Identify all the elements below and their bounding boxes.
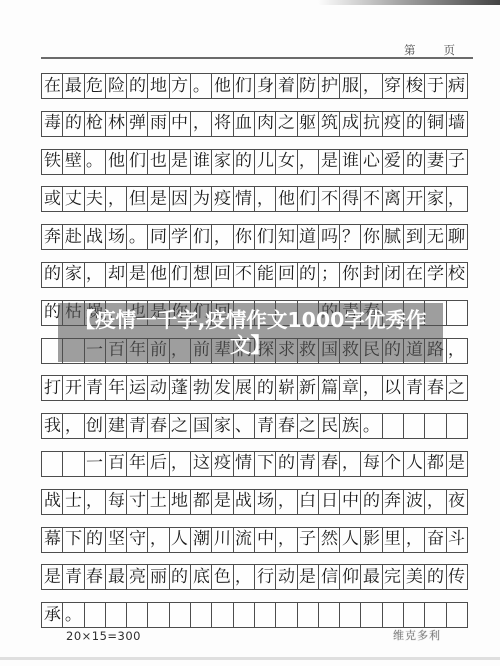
char-cell: 筑 [318, 111, 340, 137]
char-cell: 但 [126, 186, 148, 212]
char-cell: 护 [318, 73, 340, 99]
char-cell: 或 [41, 186, 63, 212]
char-cell: ， [105, 186, 127, 212]
char-cell: 传 [446, 564, 468, 590]
char-cell: 为 [190, 186, 212, 212]
char-cell: ， [254, 186, 276, 212]
char-cell: 铁 [41, 149, 63, 175]
char-cell: 奔 [41, 224, 63, 250]
char-cell: 着 [275, 73, 297, 99]
char-cell: 他 [275, 186, 297, 212]
grid-row: 幕下的坚守，人潮川流中，子然人影里，奋斗 [41, 527, 468, 553]
char-cell: 却 [105, 262, 127, 288]
char-cell: 士 [62, 489, 84, 515]
char-cell: 建 [105, 413, 127, 439]
char-cell: ， [446, 338, 468, 364]
char-cell: 场 [254, 489, 276, 515]
char-cell: 民 [318, 413, 340, 439]
grid-row: 是青春最亮丽的底色，行动是信仰最完美的传 [41, 564, 468, 590]
char-cell: 。 [84, 149, 106, 175]
char-cell: ， [169, 451, 191, 477]
char-cell: 妻 [424, 149, 446, 175]
char-cell: 。 [62, 602, 84, 628]
char-cell: 女 [275, 149, 297, 175]
char-cell: 想 [190, 262, 212, 288]
char-cell: 成 [339, 111, 361, 137]
char-cell: 谁 [190, 149, 212, 175]
char-cell [211, 602, 233, 628]
char-cell: 战 [41, 489, 63, 515]
char-cell: ， [211, 224, 233, 250]
char-cell: 打 [41, 375, 63, 401]
char-cell: 的 [84, 527, 106, 553]
char-cell: 每 [105, 489, 127, 515]
char-cell: 下 [62, 527, 84, 553]
char-cell [424, 413, 446, 439]
char-cell [169, 602, 191, 628]
char-cell [233, 602, 255, 628]
char-cell: 族 [339, 413, 361, 439]
char-cell: 的 [403, 111, 425, 137]
char-cell: ， [190, 111, 212, 137]
char-cell: 动 [147, 375, 169, 401]
char-cell: 之 [297, 413, 319, 439]
char-cell: 底 [190, 564, 212, 590]
char-cell [446, 413, 468, 439]
char-cell: 儿 [254, 149, 276, 175]
char-cell: 春 [318, 451, 340, 477]
char-cell: 年 [105, 375, 127, 401]
char-cell: 川 [211, 527, 233, 553]
char-cell: 情 [233, 451, 255, 477]
char-cell: 百 [105, 451, 127, 477]
char-cell: 白 [297, 489, 319, 515]
char-cell: 。 [190, 73, 212, 99]
header-rule-line [41, 57, 473, 59]
char-cell: 的 [275, 451, 297, 477]
char-cell: 林 [105, 111, 127, 137]
char-cell: 我 [41, 413, 63, 439]
char-cell [84, 602, 106, 628]
char-cell: 地 [169, 489, 191, 515]
char-cell: 们 [233, 73, 255, 99]
char-cell: 墙 [446, 111, 468, 137]
char-cell: 丈 [62, 186, 84, 212]
char-cell: 服 [339, 73, 361, 99]
char-cell: 的 [254, 375, 276, 401]
char-cell: 战 [84, 224, 106, 250]
char-cell: 险 [105, 73, 127, 99]
char-cell: 铜 [424, 111, 446, 137]
char-cell: 无 [424, 224, 446, 250]
char-cell: 春 [275, 413, 297, 439]
char-cell: ； [318, 262, 340, 288]
char-cell: 蓬 [169, 375, 191, 401]
char-cell: 新 [297, 375, 319, 401]
char-cell: 创 [84, 413, 106, 439]
char-cell: 心 [360, 149, 382, 175]
grid-row: 的家，却是他们想回不能回的；你封闭在学校 [41, 262, 468, 288]
grid-row: 我，创建青春之国家、青春之民族。 [41, 413, 468, 439]
char-cell: 封 [360, 262, 382, 288]
char-cell [382, 602, 404, 628]
char-cell [403, 413, 425, 439]
char-cell: 因 [169, 186, 191, 212]
char-cell: 、 [233, 413, 255, 439]
grid-row: 毒的枪林弹雨中，将血肉之躯筑成抗疫的铜墙 [41, 111, 468, 137]
char-cell: 躯 [297, 111, 319, 137]
char-cell: 能 [254, 262, 276, 288]
char-cell: 们 [169, 262, 191, 288]
char-cell: ， [446, 186, 468, 212]
char-cell: 梭 [403, 73, 425, 99]
char-cell: 血 [233, 111, 255, 137]
char-cell: 危 [84, 73, 106, 99]
char-cell: 抗 [360, 111, 382, 137]
char-cell: 守 [126, 527, 148, 553]
char-cell: ， [424, 489, 446, 515]
char-cell: 枪 [84, 111, 106, 137]
char-cell: 离 [382, 186, 404, 212]
char-cell: 一 [84, 451, 106, 477]
char-cell: 篇 [318, 375, 340, 401]
char-cell: 是 [126, 262, 148, 288]
char-cell: 身 [254, 73, 276, 99]
char-cell: 发 [211, 375, 233, 401]
char-cell: 是 [446, 451, 468, 477]
char-cell: 爱 [382, 149, 404, 175]
scan-artifact-bottom-line [0, 657, 500, 660]
char-cell: 春 [424, 375, 446, 401]
char-cell: 奋 [424, 527, 446, 553]
grid-row: 或丈夫，但是因为疫情，他们不得不离开家， [41, 186, 468, 212]
grid-row: 在最危险的地方。他们身着防护服，穿梭于病 [41, 73, 468, 99]
char-cell [105, 602, 127, 628]
char-cell: 青 [297, 451, 319, 477]
char-cell: 到 [403, 224, 425, 250]
char-cell: 聊 [446, 224, 468, 250]
char-cell: 丽 [147, 564, 169, 590]
char-cell [403, 602, 425, 628]
char-cell: 然 [318, 527, 340, 553]
char-cell: 也 [147, 149, 169, 175]
char-cell: 最 [105, 564, 127, 590]
char-cell: 斗 [446, 527, 468, 553]
char-cell: 雨 [147, 111, 169, 137]
char-cell: 夫 [84, 186, 106, 212]
char-cell: 幕 [41, 527, 63, 553]
char-cell: 承 [41, 602, 63, 628]
char-cell: 疫 [211, 451, 233, 477]
char-cell: 肉 [254, 111, 276, 137]
char-cell: 病 [446, 73, 468, 99]
char-cell [147, 602, 169, 628]
char-cell: 他 [147, 262, 169, 288]
grid-row: 打开青年运动蓬勃发展的崭新篇章，以青春之 [41, 375, 468, 401]
char-cell: ， [339, 451, 361, 477]
char-cell: 学 [424, 262, 446, 288]
char-cell: 美 [403, 564, 425, 590]
char-cell: 青 [84, 375, 106, 401]
char-cell: 在 [41, 73, 63, 99]
char-cell: 这 [190, 451, 212, 477]
char-cell: ， [147, 527, 169, 553]
char-cell: 都 [190, 489, 212, 515]
char-cell: 动 [275, 564, 297, 590]
char-cell: 家 [424, 186, 446, 212]
scanned-essay-page: 第 页 在最危险的地方。他们身着防护服，穿梭于病毒的枪林弹雨中，将血肉之躯筑成抗… [0, 0, 500, 666]
char-cell [41, 451, 63, 477]
char-cell [297, 602, 319, 628]
page-number-label-right: 页 [444, 42, 457, 58]
char-cell: 子 [446, 149, 468, 175]
char-cell: 人 [169, 527, 191, 553]
char-cell [254, 602, 276, 628]
char-cell: 信 [318, 564, 340, 590]
char-cell [424, 602, 446, 628]
char-cell: 年 [126, 451, 148, 477]
char-cell: 子 [297, 527, 319, 553]
char-cell: 是 [318, 149, 340, 175]
char-cell: 战 [233, 489, 255, 515]
char-cell: 波 [403, 489, 425, 515]
char-cell: 情 [233, 186, 255, 212]
char-cell: 的 [403, 149, 425, 175]
char-cell: 之 [275, 111, 297, 137]
char-cell: 赴 [62, 224, 84, 250]
char-cell: 是 [147, 186, 169, 212]
char-cell: 奔 [382, 489, 404, 515]
char-cell: 于 [424, 73, 446, 99]
char-cell: 春 [84, 564, 106, 590]
char-cell: 潮 [190, 527, 212, 553]
char-cell: 。 [126, 224, 148, 250]
char-cell: 防 [297, 73, 319, 99]
char-cell [275, 602, 297, 628]
char-cell: 的 [41, 262, 63, 288]
char-cell: 完 [382, 564, 404, 590]
char-cell: 最 [360, 564, 382, 590]
char-cell: 每 [360, 451, 382, 477]
char-cell: 亮 [126, 564, 148, 590]
char-cell: 你 [233, 224, 255, 250]
char-cell [382, 413, 404, 439]
char-cell [126, 602, 148, 628]
char-cell [446, 300, 468, 326]
char-cell: 崭 [275, 375, 297, 401]
char-cell: ， [297, 149, 319, 175]
char-cell: 他 [211, 73, 233, 99]
char-cell: 家 [211, 149, 233, 175]
char-cell: 人 [339, 527, 361, 553]
char-cell: 闭 [382, 262, 404, 288]
grid-row: 奔赴战场。同学们，你们知道吗？你腻到无聊 [41, 224, 468, 250]
char-cell: 家 [211, 413, 233, 439]
char-cell: 的 [62, 111, 84, 137]
char-cell: 们 [126, 149, 148, 175]
char-cell: 人 [403, 451, 425, 477]
char-cell: 运 [126, 375, 148, 401]
char-cell: ， [360, 375, 382, 401]
grid-row: 承。 [41, 602, 468, 628]
char-cell: 的 [233, 149, 255, 175]
char-cell: 吗 [318, 224, 340, 250]
char-cell [318, 602, 340, 628]
char-cell: 国 [190, 413, 212, 439]
char-cell: 不 [233, 262, 255, 288]
char-cell [62, 451, 84, 477]
char-cell: 流 [233, 527, 255, 553]
char-cell: 色 [211, 564, 233, 590]
char-cell: 春 [147, 413, 169, 439]
char-cell: 知 [275, 224, 297, 250]
char-cell: 开 [62, 375, 84, 401]
char-cell: 仰 [339, 564, 361, 590]
char-cell: 毒 [41, 111, 63, 137]
char-cell: 学 [169, 224, 191, 250]
char-cell: 的 [424, 564, 446, 590]
char-cell: 们 [254, 224, 276, 250]
char-cell: 壁 [62, 149, 84, 175]
caption-line-1: 【疫情一千字,疫情作文1000字优秀作 [75, 308, 427, 333]
char-cell: 里 [382, 527, 404, 553]
char-cell: ， [275, 527, 297, 553]
char-cell: 之 [446, 375, 468, 401]
char-cell: 方 [169, 73, 191, 99]
char-cell: 得 [339, 186, 361, 212]
char-cell: 不 [318, 186, 340, 212]
char-cell: 谁 [339, 149, 361, 175]
char-cell: 穿 [382, 73, 404, 99]
char-cell: 的 [297, 262, 319, 288]
char-cell: 都 [424, 451, 446, 477]
char-cell: ？ [339, 224, 361, 250]
char-cell: 青 [403, 375, 425, 401]
char-cell: 是 [41, 564, 63, 590]
page-header: 第 页 [404, 42, 456, 58]
char-cell: 同 [147, 224, 169, 250]
footer-grid-spec: 20×15=300 [66, 629, 141, 643]
char-cell: 最 [62, 73, 84, 99]
grid-row: 铁壁。他们也是谁家的儿女，是谁心爱的妻子 [41, 149, 468, 175]
char-cell: ， [84, 262, 106, 288]
footer-brand-watermark: 维克多利 [393, 627, 441, 643]
char-cell: 以 [382, 375, 404, 401]
char-cell: 是 [211, 489, 233, 515]
char-cell: 中 [339, 489, 361, 515]
char-cell: 是 [297, 564, 319, 590]
char-cell: 的 [169, 564, 191, 590]
char-cell: 坚 [105, 527, 127, 553]
char-cell: 在 [403, 262, 425, 288]
char-cell: 的 [360, 489, 382, 515]
char-cell: ， [84, 489, 106, 515]
char-cell: 寸 [126, 489, 148, 515]
char-cell: 青 [126, 413, 148, 439]
char-cell: ， [403, 527, 425, 553]
char-cell: 之 [169, 413, 191, 439]
char-cell: 他 [105, 149, 127, 175]
char-cell: 回 [211, 262, 233, 288]
char-cell: 地 [147, 73, 169, 99]
page-number-label-left: 第 [404, 42, 417, 58]
char-cell: 场 [105, 224, 127, 250]
char-cell: 们 [297, 186, 319, 212]
char-cell [339, 602, 361, 628]
char-cell: ， [233, 564, 255, 590]
char-cell: 夜 [446, 489, 468, 515]
char-cell: 下 [254, 451, 276, 477]
char-cell: 展 [233, 375, 255, 401]
char-cell: 校 [446, 262, 468, 288]
char-cell: 开 [403, 186, 425, 212]
char-cell: 青 [254, 413, 276, 439]
char-cell [446, 602, 468, 628]
scan-artifact-top-smudge [318, 0, 500, 5]
grid-row: 一百年后，这疫情下的青春，每个人都是 [41, 451, 468, 477]
char-cell: 的 [126, 73, 148, 99]
char-cell: ， [62, 413, 84, 439]
char-cell: 影 [360, 527, 382, 553]
char-cell: ， [275, 489, 297, 515]
char-cell: 疫 [211, 186, 233, 212]
char-cell: 疫 [382, 111, 404, 137]
char-cell: 青 [62, 564, 84, 590]
char-cell: 弹 [126, 111, 148, 137]
char-cell: 你 [339, 262, 361, 288]
char-cell: 们 [190, 224, 212, 250]
char-cell: 你 [360, 224, 382, 250]
char-cell: 道 [297, 224, 319, 250]
char-cell: 勃 [190, 375, 212, 401]
char-cell: 腻 [382, 224, 404, 250]
char-cell: 个 [382, 451, 404, 477]
char-cell [190, 602, 212, 628]
char-cell: 将 [211, 111, 233, 137]
char-cell: 章 [339, 375, 361, 401]
char-cell: 不 [360, 186, 382, 212]
caption-banner: 【疫情一千字,疫情作文1000字优秀作 文】 [58, 303, 443, 362]
char-cell: 回 [275, 262, 297, 288]
char-cell: 日 [318, 489, 340, 515]
char-cell: 家 [62, 262, 84, 288]
char-cell [360, 602, 382, 628]
char-cell: 土 [147, 489, 169, 515]
char-cell: 行 [254, 564, 276, 590]
char-cell: 后 [147, 451, 169, 477]
char-cell: 是 [169, 149, 191, 175]
char-cell: 中 [254, 527, 276, 553]
char-cell: 中 [169, 111, 191, 137]
caption-line-2: 文】 [230, 333, 271, 358]
grid-row: 战士，每寸土地都是战场，白日中的奔波，夜 [41, 489, 468, 515]
char-cell: 。 [360, 413, 382, 439]
char-cell: ， [360, 73, 382, 99]
